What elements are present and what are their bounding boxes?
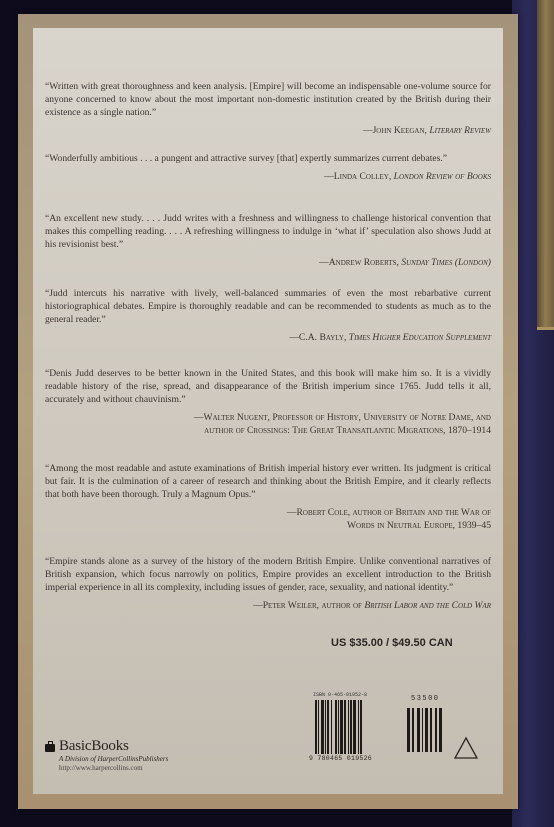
- blurb-quote: “Denis Judd deserves to be better known …: [45, 367, 491, 406]
- attribution-source: London Review of Books: [394, 171, 491, 182]
- back-cover-panel: “Written with great thoroughness and kee…: [33, 28, 503, 794]
- blurb-attribution: —Peter Weiler, author of British Labor a…: [45, 599, 491, 612]
- attribution-source: Times Higher Education Supplement: [349, 332, 491, 343]
- blurb-quote: “Judd intercuts his narrative with livel…: [45, 287, 491, 326]
- blurb-attribution: —Robert Cole, author of Britain and the …: [45, 506, 491, 532]
- triangle-icon: [453, 736, 479, 760]
- price-addon-digits: 53500: [411, 695, 440, 703]
- blurb-attribution: —Linda Colley, London Review of Books: [45, 170, 491, 183]
- attribution-source: British Labor and the Cold War: [364, 600, 491, 611]
- blurb-attribution: —C.A. Bayly, Times Higher Education Supp…: [45, 331, 491, 344]
- attribution-line2: Words in Neutral Europe, 1939–45: [347, 520, 491, 531]
- review-blurb: “Written with great thoroughness and kee…: [45, 80, 491, 137]
- isbn-barcode: [315, 700, 391, 754]
- blurb-quote: “An excellent new study. . . . Judd writ…: [45, 212, 491, 251]
- attribution-source: Literary Review: [429, 125, 491, 136]
- publisher-url: http://www.harpercollins.com: [59, 764, 168, 773]
- review-blurb: “Denis Judd deserves to be better known …: [45, 367, 491, 437]
- attribution-name: —Robert Cole, author of Britain and the …: [287, 507, 491, 518]
- price-addon-barcode: [407, 708, 449, 752]
- attribution-source: Sunday Times (London): [401, 257, 491, 268]
- attribution-line2: author of Crossings: The Great Transatla…: [204, 425, 491, 436]
- barcode-digits: 9 780465 019526: [309, 755, 372, 762]
- attribution-name: —C.A. Bayly,: [289, 332, 348, 343]
- attribution-name: —Andrew Roberts,: [319, 257, 401, 268]
- publisher-logo: BasicBooks: [45, 738, 168, 755]
- review-blurb: “Empire stands alone as a survey of the …: [45, 555, 491, 612]
- price-label: US $35.00 / $49.50 CAN: [331, 637, 453, 649]
- briefcase-icon: [45, 744, 55, 752]
- review-blurb: “Among the most readable and astute exam…: [45, 462, 491, 532]
- blurb-attribution: —John Keegan, Literary Review: [45, 124, 491, 137]
- attribution-name: —Peter Weiler, author of: [253, 600, 364, 611]
- attribution-name: —Linda Colley,: [324, 171, 393, 182]
- adjacent-book-spine: [537, 0, 554, 330]
- publisher-name: BasicBooks: [59, 738, 129, 755]
- blurb-quote: “Empire stands alone as a survey of the …: [45, 555, 491, 594]
- blurb-attribution: —Walter Nugent, Professor of History, Un…: [45, 411, 491, 437]
- publisher-block: BasicBooks A Division of HarperCollinsPu…: [45, 738, 168, 773]
- blurb-attribution: —Andrew Roberts, Sunday Times (London): [45, 256, 491, 269]
- review-blurb: “Wonderfully ambitious . . . a pungent a…: [45, 152, 491, 183]
- blurb-quote: “Wonderfully ambitious . . . a pungent a…: [45, 152, 491, 165]
- review-blurb: “An excellent new study. . . . Judd writ…: [45, 212, 491, 269]
- review-blurb: “Judd intercuts his narrative with livel…: [45, 287, 491, 344]
- blurb-quote: “Among the most readable and astute exam…: [45, 462, 491, 501]
- attribution-name: —Walter Nugent, Professor of History, Un…: [194, 412, 491, 423]
- publisher-division: A Division of HarperCollinsPublishers: [59, 755, 168, 764]
- blurb-quote: “Written with great thoroughness and kee…: [45, 80, 491, 119]
- isbn-label: ISBN 0-465-01952-8: [313, 692, 367, 698]
- attribution-name: —John Keegan,: [363, 125, 429, 136]
